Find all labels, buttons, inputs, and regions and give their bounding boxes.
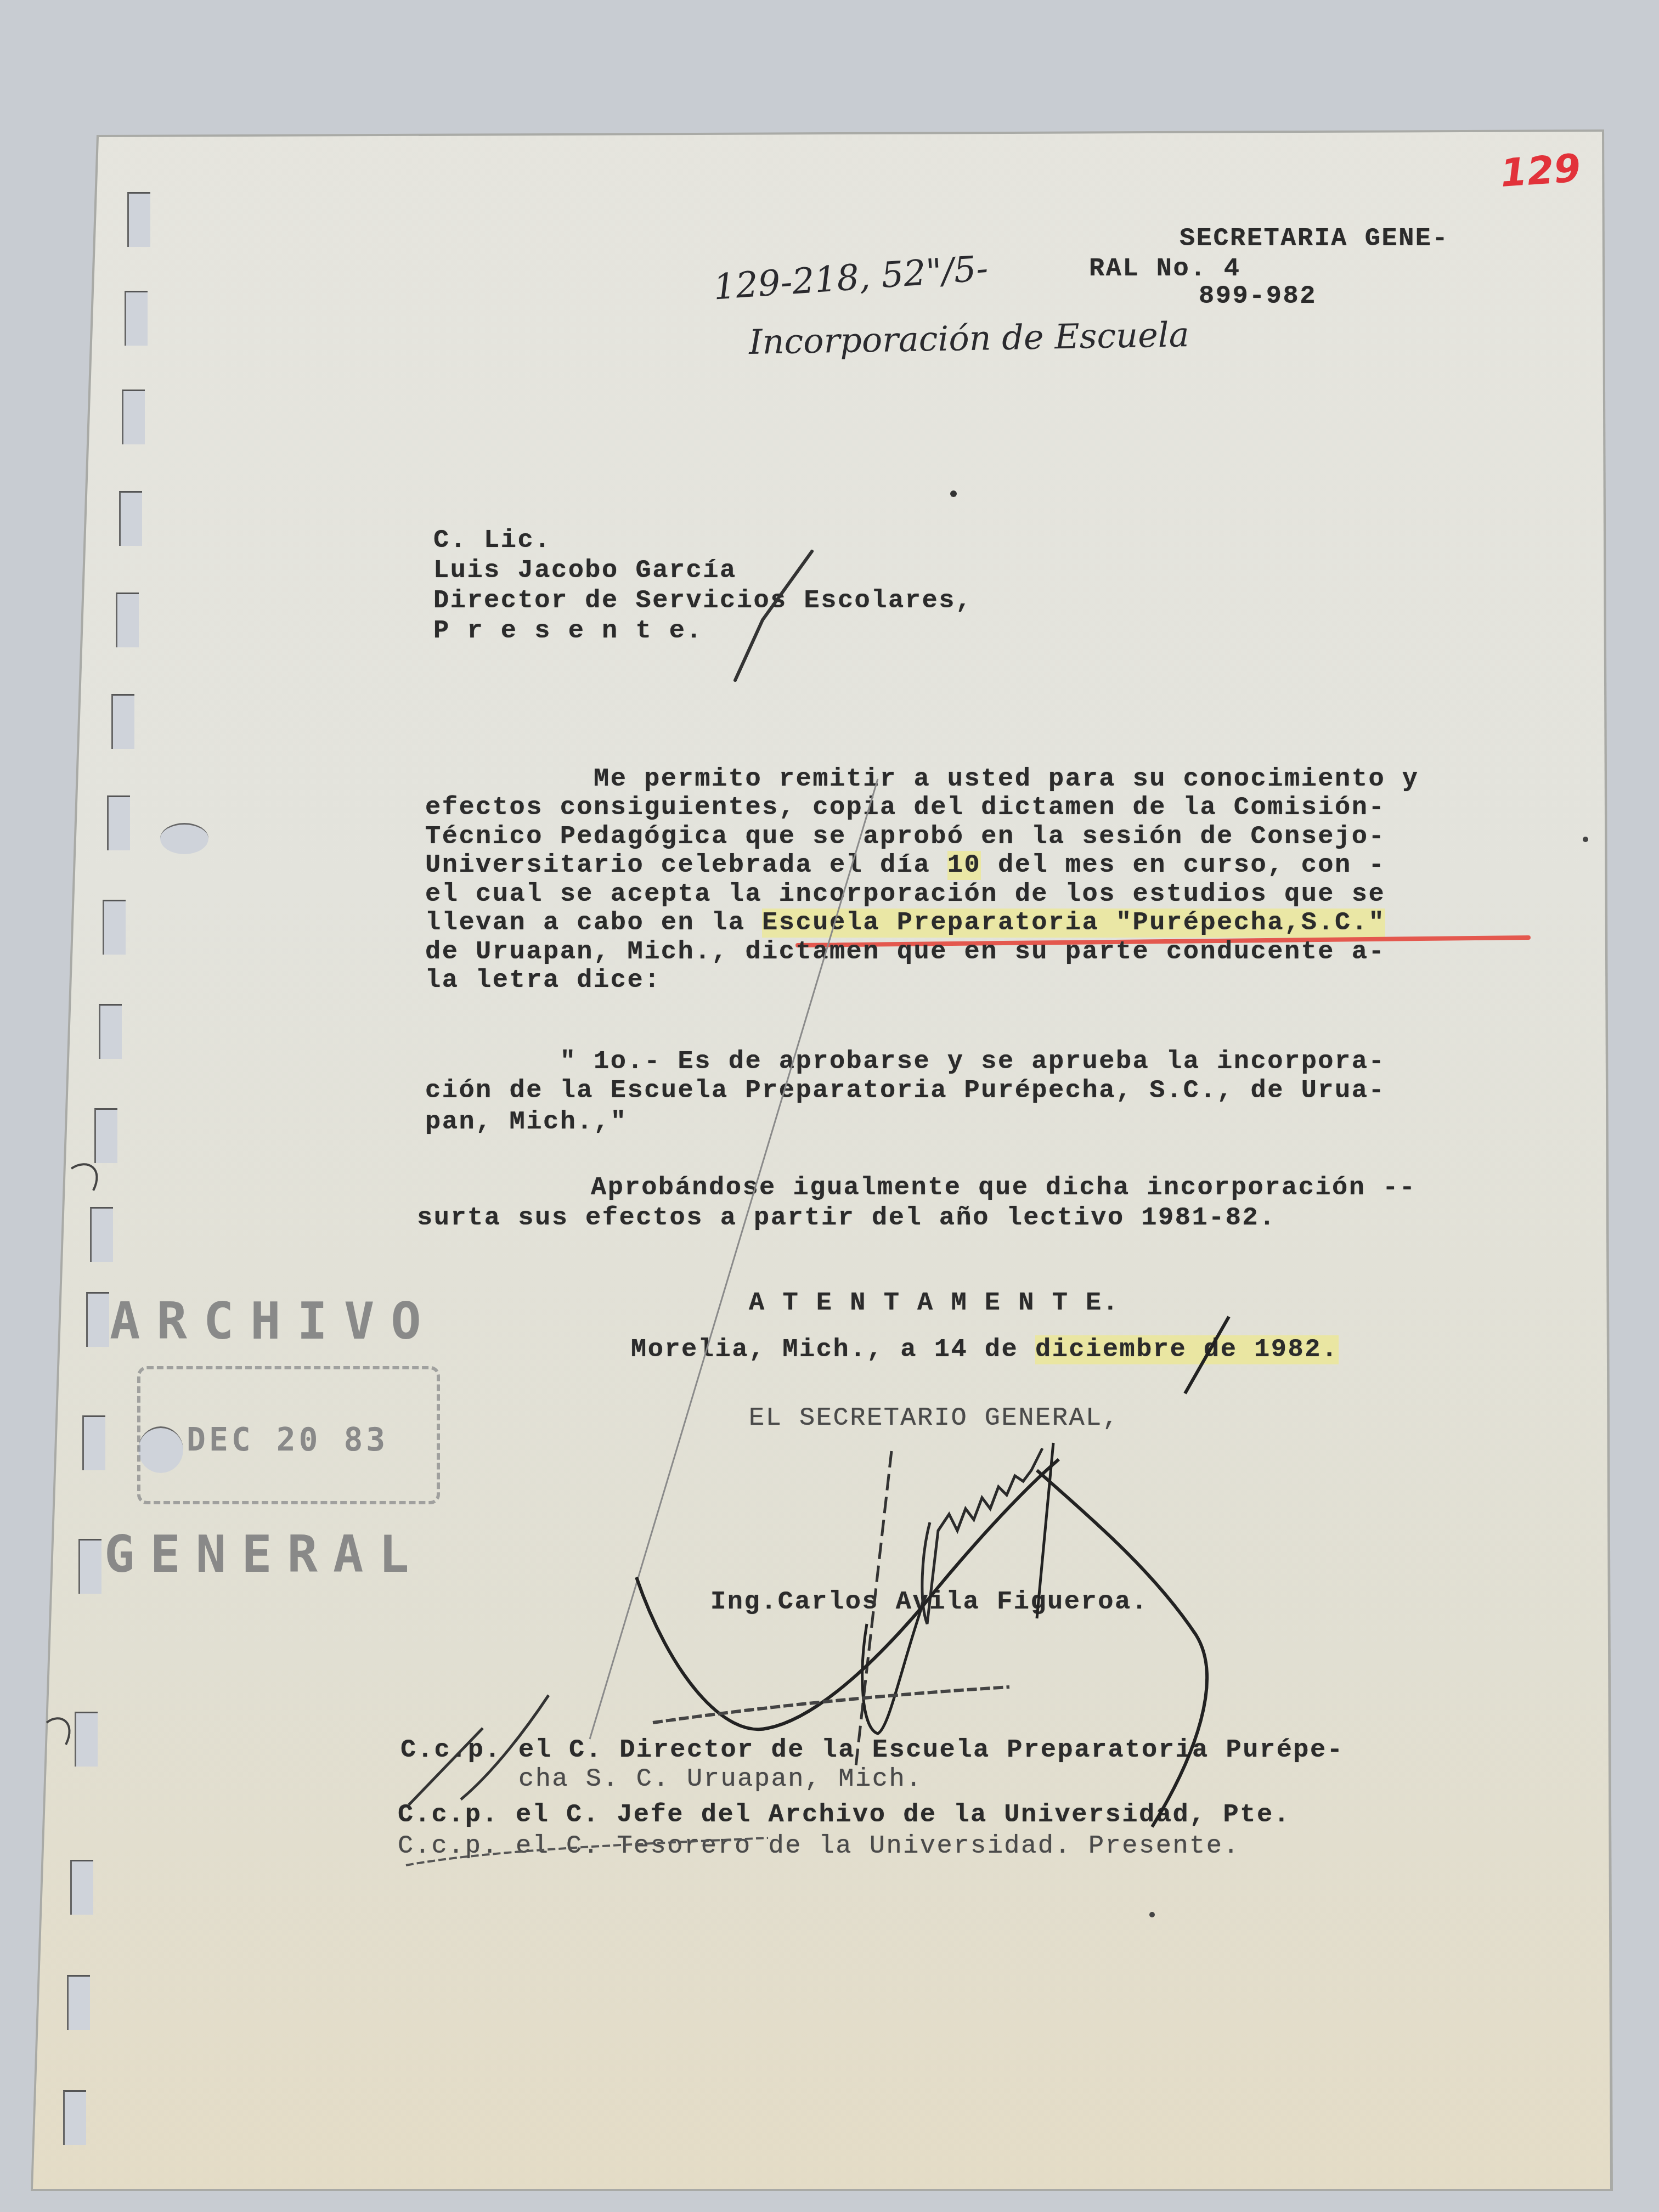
ink-dot: [1149, 1912, 1155, 1917]
date-strike-stroke: [1185, 1317, 1229, 1393]
ink-marks: [0, 0, 1659, 2212]
faint-diagonal-line: [590, 779, 878, 1739]
ink-dot: [1583, 837, 1588, 842]
signature-loop: [1037, 1470, 1207, 1827]
margin-mark: [71, 1164, 97, 1190]
cc-underline-stroke: [406, 1838, 768, 1865]
signature-flourish: [653, 1687, 1009, 1723]
margin-mark: [47, 1718, 70, 1745]
ink-dot: [950, 490, 957, 497]
cc-strike-stroke: [409, 1695, 549, 1805]
signature-stroke: [1037, 1443, 1053, 1618]
checkmark-stroke: [735, 551, 812, 680]
